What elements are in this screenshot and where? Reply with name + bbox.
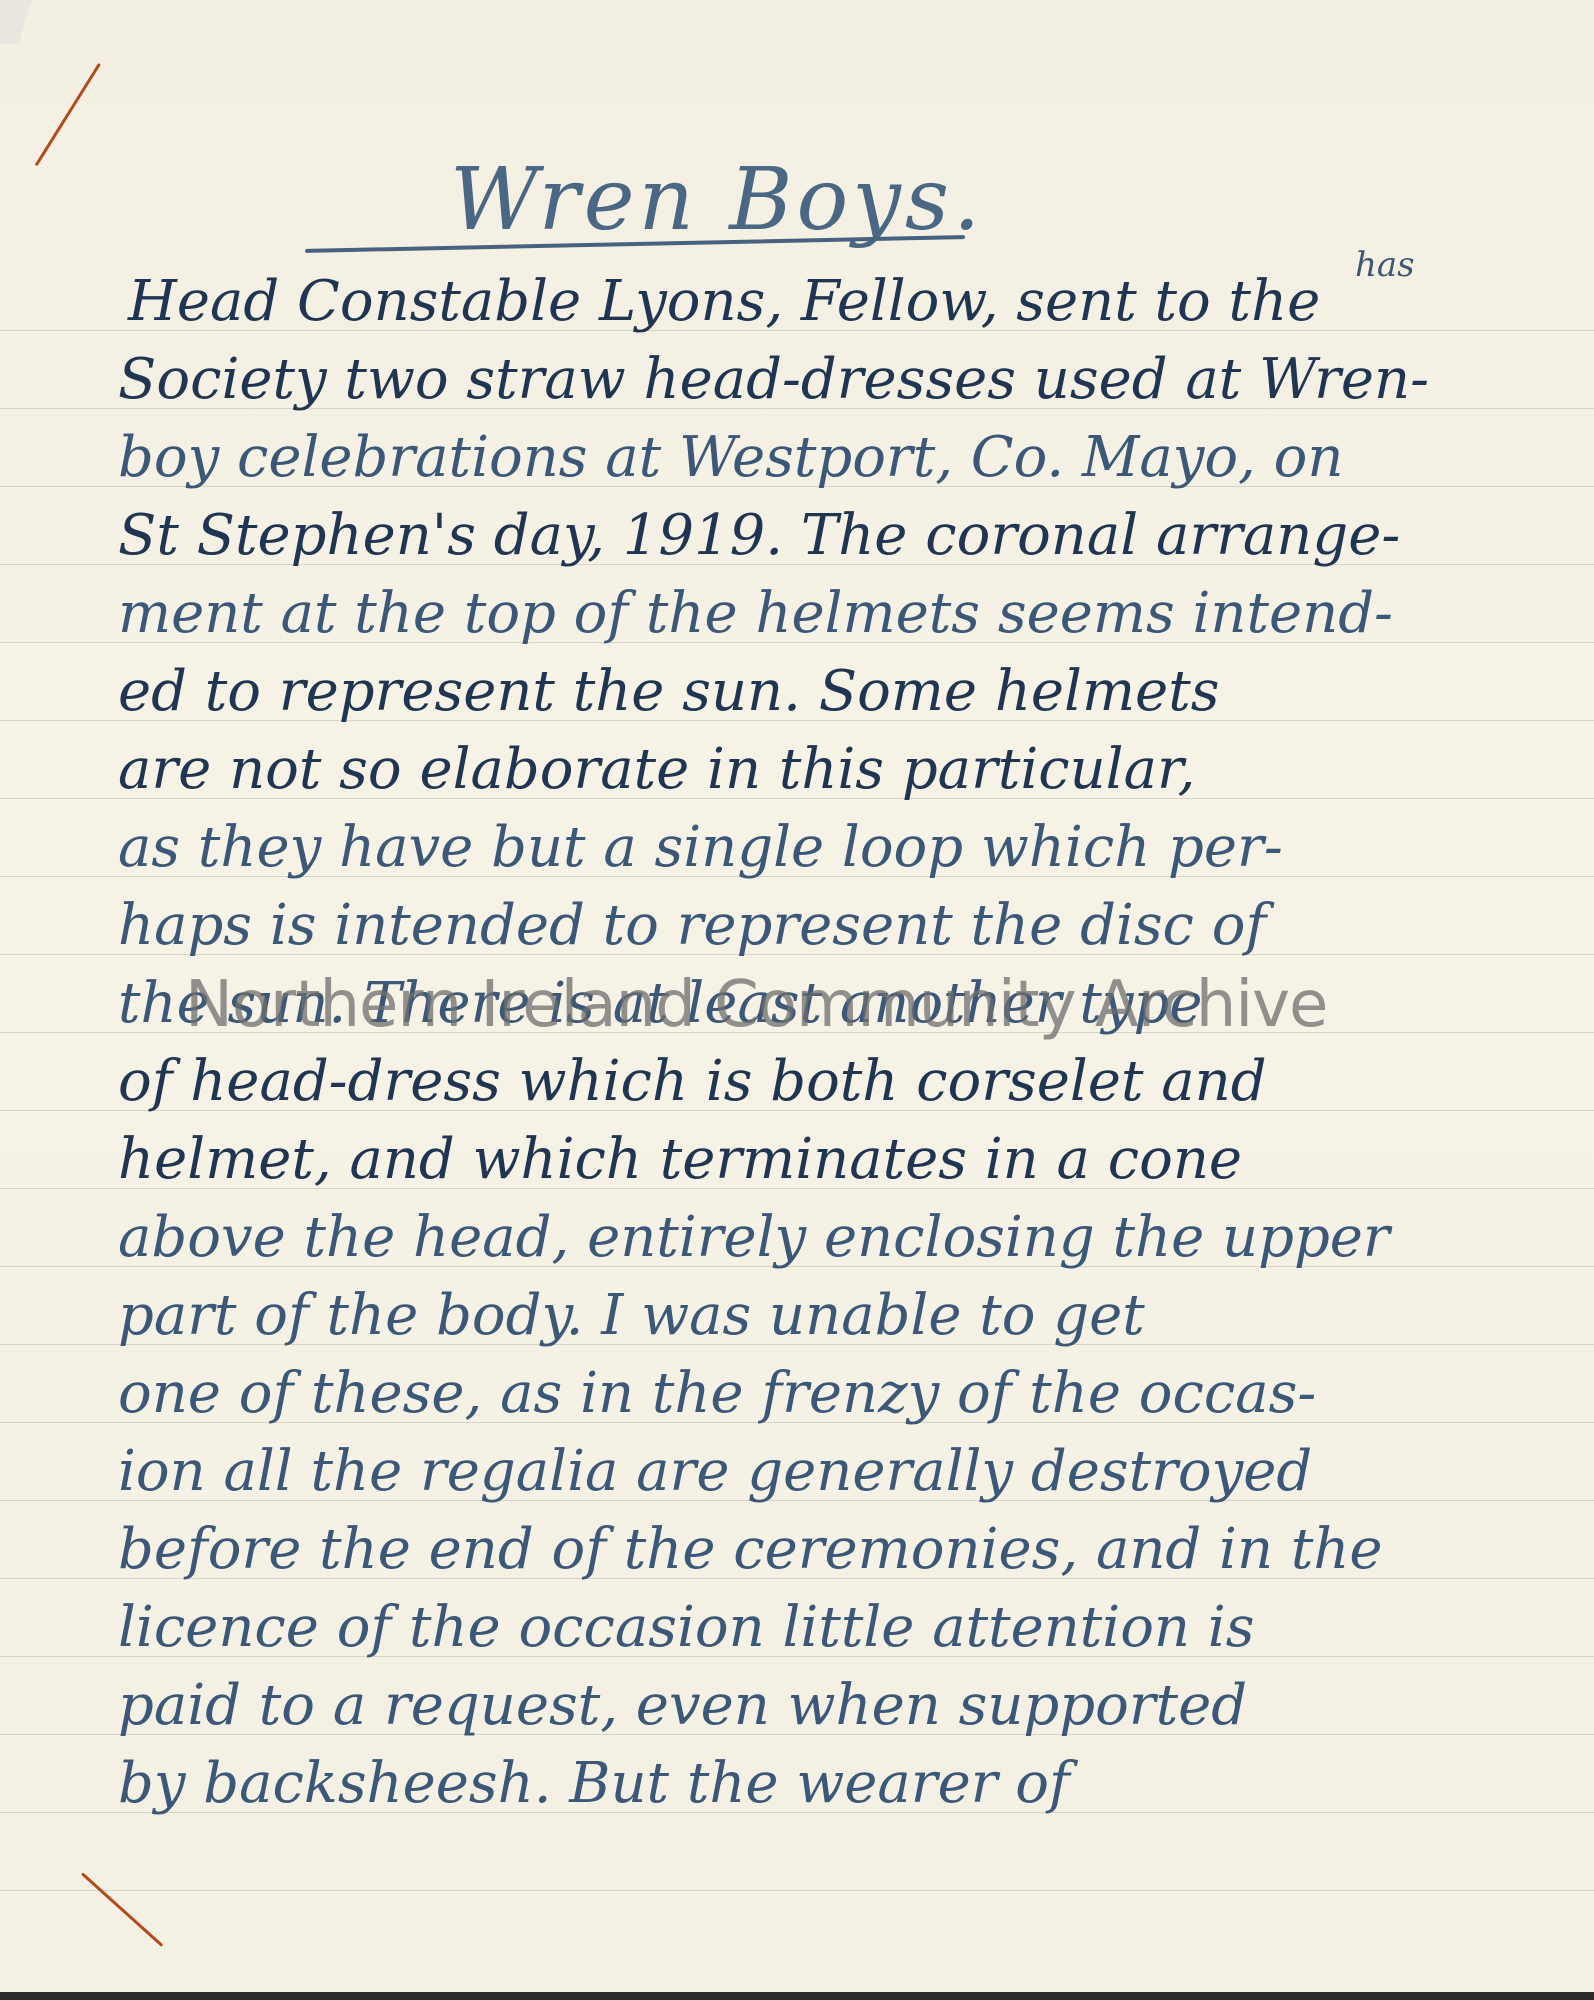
paper-corner-fold: [0, 0, 31, 44]
text-line: by backsheesh. But the wearer of: [118, 1754, 1538, 1814]
rust-staple-mark-top: [35, 63, 101, 166]
text-line: boy celebrations at Westport, Co. Mayo, …: [118, 428, 1538, 488]
scan-bottom-edge: [0, 1992, 1594, 2000]
text-line: licence of the occasion little attention…: [118, 1598, 1538, 1658]
text-line: ion all the regalia are generally destro…: [118, 1442, 1538, 1502]
text-line: haps is intended to represent the disc o…: [118, 896, 1538, 956]
text-line: ed to represent the sun. Some helmets: [118, 662, 1538, 722]
text-line: before the end of the ceremonies, and in…: [118, 1520, 1538, 1580]
text-line: of head-dress which is both corselet and: [118, 1052, 1538, 1112]
ruled-line: [0, 1890, 1594, 1891]
text-line: as they have but a single loop which per…: [118, 818, 1538, 878]
text-line: Society two straw head-dresses used at W…: [118, 350, 1538, 410]
text-line: are not so elaborate in this particular,: [118, 740, 1538, 800]
text-line: one of these, as in the frenzy of the oc…: [118, 1364, 1538, 1424]
rust-staple-mark-bottom: [81, 1872, 163, 1946]
text-line: paid to a request, even when supported: [118, 1676, 1538, 1736]
handwritten-letter-page: Wren Boys. has Head Constable Lyons, Fel…: [0, 0, 1594, 2000]
text-line: above the head, entirely enclosing the u…: [118, 1208, 1538, 1268]
text-line: helmet, and which terminates in a cone: [118, 1130, 1538, 1190]
text-line: St Stephen's day, 1919. The coronal arra…: [118, 506, 1538, 566]
text-line: part of the body. I was unable to get: [118, 1286, 1538, 1346]
text-line: Head Constable Lyons, Fellow, sent to th…: [128, 272, 1548, 332]
archive-watermark: Northern Ireland Community Archive: [185, 968, 1327, 1042]
text-line: ment at the top of the helmets seems int…: [118, 584, 1538, 644]
document-title: Wren Boys.: [450, 150, 984, 250]
